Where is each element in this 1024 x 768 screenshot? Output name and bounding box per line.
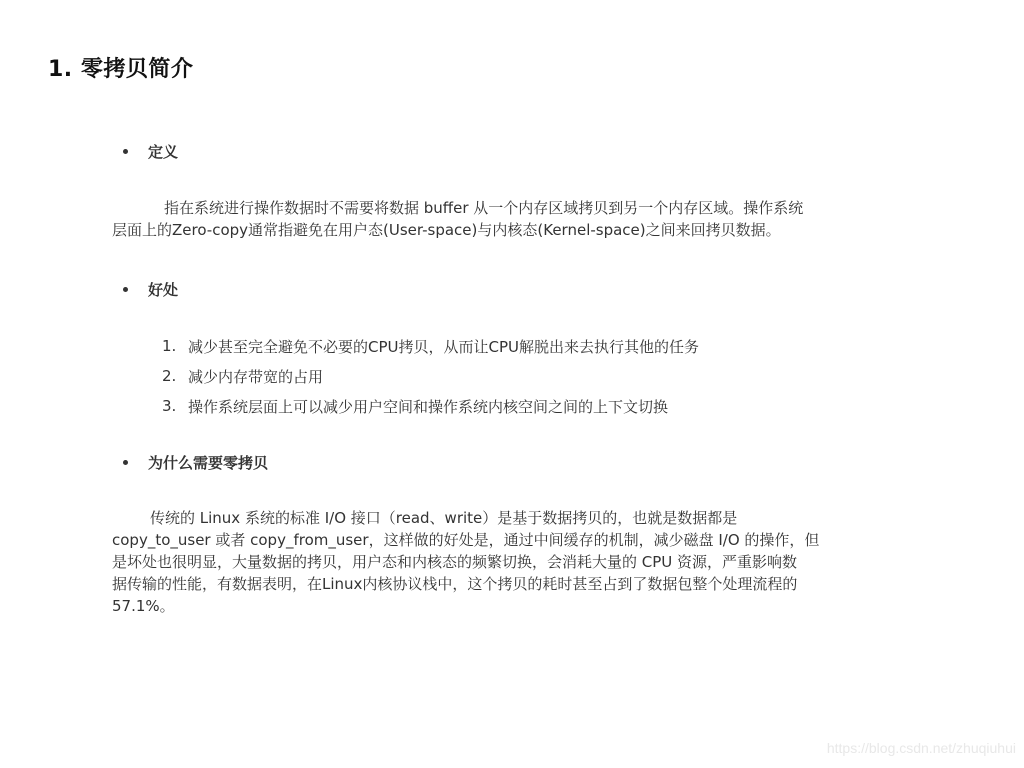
bullet-dot-icon xyxy=(123,287,128,292)
benefits-list: 1. 减少甚至完全避免不必要的CPU拷贝，从而让CPU解脱出来去执行其他的任务 … xyxy=(162,331,699,421)
list-number: 3. xyxy=(162,397,188,415)
list-number: 1. xyxy=(162,337,188,355)
list-item: 1. 减少甚至完全避免不必要的CPU拷贝，从而让CPU解脱出来去执行其他的任务 xyxy=(162,331,699,361)
list-item: 2. 减少内存带宽的占用 xyxy=(162,361,699,391)
definition-paragraph: 指在系统进行操作数据时不需要将数据 buffer 从一个内存区域拷贝到另一个内存… xyxy=(112,197,892,241)
section-heading: 1. 零拷贝简介 xyxy=(48,52,193,83)
paragraph-line: 57.1%。 xyxy=(112,595,892,617)
paragraph-line: 是坏处也很明显，大量数据的拷贝，用户态和内核态的频繁切换，会消耗大量的 CPU … xyxy=(112,551,892,573)
paragraph-line: 传统的 Linux 系统的标准 I/O 接口（read、write）是基于数据拷… xyxy=(112,507,892,529)
why-paragraph: 传统的 Linux 系统的标准 I/O 接口（read、write）是基于数据拷… xyxy=(112,507,892,617)
paragraph-line: copy_to_user 或者 copy_from_user，这样做的好处是，通… xyxy=(112,529,892,551)
list-item: 3. 操作系统层面上可以减少用户空间和操作系统内核空间之间的上下文切换 xyxy=(162,391,699,421)
bullet-dot-icon xyxy=(123,149,128,154)
bullet-label: 为什么需要零拷贝 xyxy=(148,452,268,473)
bullet-label: 定义 xyxy=(148,141,178,162)
bullet-benefits: 好处 xyxy=(123,279,178,300)
list-text: 减少内存带宽的占用 xyxy=(188,366,323,387)
list-text: 操作系统层面上可以减少用户空间和操作系统内核空间之间的上下文切换 xyxy=(188,396,668,417)
paragraph-line: 指在系统进行操作数据时不需要将数据 buffer 从一个内存区域拷贝到另一个内存… xyxy=(112,197,892,219)
bullet-label: 好处 xyxy=(148,279,178,300)
watermark-url: https://blog.csdn.net/zhuqiuhui xyxy=(827,740,1016,756)
list-number: 2. xyxy=(162,367,188,385)
list-text: 减少甚至完全避免不必要的CPU拷贝，从而让CPU解脱出来去执行其他的任务 xyxy=(188,336,699,357)
bullet-definition: 定义 xyxy=(123,141,178,162)
paragraph-line: 据传输的性能，有数据表明，在Linux内核协议栈中，这个拷贝的耗时甚至占到了数据… xyxy=(112,573,892,595)
bullet-dot-icon xyxy=(123,460,128,465)
paragraph-line: 层面上的Zero-copy通常指避免在用户态(User-space)与内核态(K… xyxy=(112,219,892,241)
bullet-why-zero-copy: 为什么需要零拷贝 xyxy=(123,452,268,473)
